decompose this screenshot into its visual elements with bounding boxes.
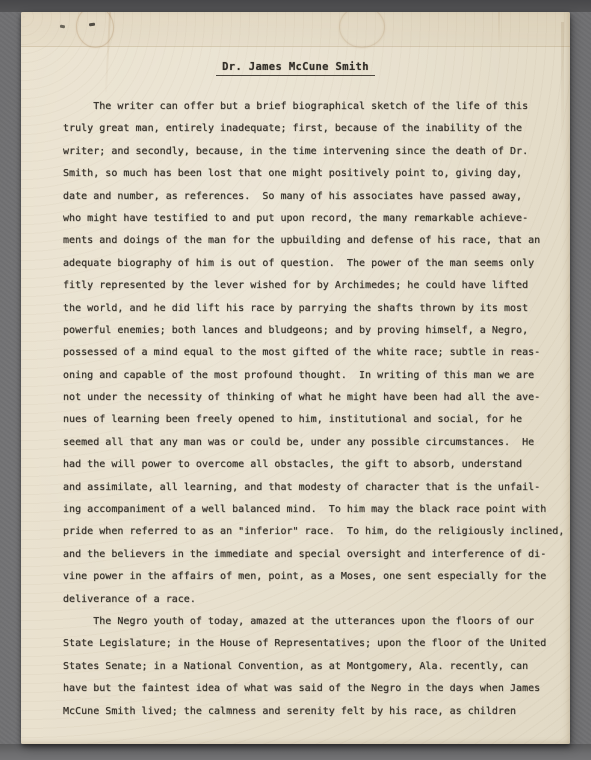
typed-line: not under the necessity of thinking of w… [63, 387, 563, 409]
typed-line: ments and doings of the man for the upbu… [63, 230, 563, 252]
typed-line: nues of learning been freely opened to h… [63, 409, 563, 431]
typed-line: who might have testified to and put upon… [63, 208, 563, 230]
typed-line: deliverance of a race. [63, 589, 563, 611]
typed-line: and the believers in the immediate and s… [63, 544, 563, 566]
typed-line: had the will power to overcome all obsta… [63, 454, 563, 476]
typed-line: Smith, so much has been lost that one mi… [63, 163, 563, 185]
pencil-mark [60, 25, 65, 28]
typed-line: adequate biography of him is out of ques… [63, 253, 563, 275]
typed-line: date and number, as references. So many … [63, 186, 563, 208]
typed-line: oning and capable of the most profound t… [63, 365, 563, 387]
typed-line: writer; and secondly, because, in the ti… [63, 141, 563, 163]
typed-line: fitly represented by the lever wished fo… [63, 275, 563, 297]
title-row: Dr. James McCune Smith [21, 55, 570, 76]
document-page: Dr. James McCune Smith The writer can of… [21, 12, 570, 744]
document-title: Dr. James McCune Smith [216, 61, 375, 76]
document-body: The writer can offer but a brief biograp… [63, 96, 563, 723]
typed-line: truly great man, entirely inadequate; fi… [63, 118, 563, 140]
paragraph: The writer can offer but a brief biograp… [63, 96, 563, 611]
typed-line: the world, and he did lift his race by p… [63, 298, 563, 320]
typed-line: The writer can offer but a brief biograp… [63, 96, 563, 118]
typed-line: State Legislature; in the House of Repre… [63, 633, 563, 655]
typed-line: and assimilate, all learning, and that m… [63, 477, 563, 499]
backdrop-top-shadow-band [0, 0, 591, 12]
typed-line: seemed all that any man was or could be,… [63, 432, 563, 454]
typed-line: The Negro youth of today, amazed at the … [63, 611, 563, 633]
stain-streak [498, 12, 500, 46]
paragraph: The Negro youth of today, amazed at the … [63, 611, 563, 723]
typed-line: have but the faintest idea of what was s… [63, 678, 563, 700]
typed-line: ing accompaniment of a well balanced min… [63, 499, 563, 521]
typed-line: possessed of a mind equal to the most gi… [63, 342, 563, 364]
typed-line: powerful enemies; both lances and bludge… [63, 320, 563, 342]
scanned-photo-backdrop: Dr. James McCune Smith The writer can of… [0, 0, 591, 760]
typed-line: McCune Smith lived; the calmness and ser… [63, 701, 563, 723]
typed-line: vine power in the affairs of men, point,… [63, 566, 563, 588]
typed-line: pride when referred to as an "inferior" … [63, 521, 563, 543]
typed-line: States Senate; in a National Convention,… [63, 656, 563, 678]
backdrop-bottom-shadow-band [0, 744, 591, 760]
